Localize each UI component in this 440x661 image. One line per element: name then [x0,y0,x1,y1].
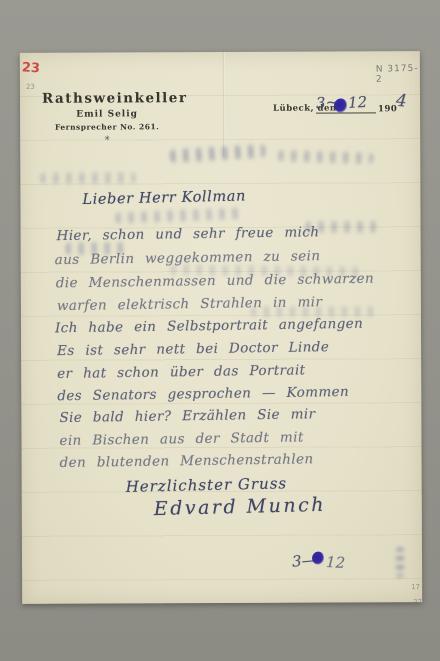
bottom-scribble-right: 12 [326,553,346,572]
letterhead: Rathsweinkeller Emil Selig Fernsprecher … [42,90,172,146]
signature: Edvard Munch [154,494,327,520]
closing: Herzlichster Gruss [126,474,288,496]
ink-smudge [40,172,135,183]
fold-crease [223,52,225,157]
ink-smudge [396,547,404,577]
body-line: er hat schon über das Portrait [57,362,305,382]
letter-sheet: 23 23 N 3175-2 Rathsweinkeller Emil Seli… [20,51,422,604]
body-line: den blutenden Menschenstrahlen [59,451,313,471]
body-line: Sie bald hier? Erzählen Sie mir [59,406,315,426]
letterhead-telephone: Fernsprecher No. 261. [42,122,172,132]
ink-smudge [115,208,245,224]
archive-red-number: 23 [21,60,40,76]
handwritten-month: 12 [348,93,368,112]
dateline-rule [316,112,376,113]
handwritten-year-digit: 4 [395,91,408,112]
archive-faint-number: 23 [26,83,35,91]
bottom-pencil-mark: 27 [413,598,422,606]
ink-smudge [278,150,373,164]
ink-smudge [170,144,266,162]
photo-of-letter: 23 23 N 3175-2 Rathsweinkeller Emil Seli… [0,0,440,661]
letterhead-proprietor: Emil Selig [42,109,172,120]
body-line: Ich habe ein Selbstportrait angefangen [55,316,363,337]
letterhead-business-name: Rathsweinkeller [42,90,172,107]
ink-blot-date [334,98,347,112]
body-line: des Senators gesprochen — Kommen [57,384,349,404]
body-line: Hier, schon und sehr freue mich [56,224,319,244]
body-line: die Menschenmassen und die schwarzen [56,271,374,292]
ink-blot-bottom [312,552,324,565]
body-line: ein Bischen aus der Stadt mit [59,429,303,449]
letterhead-ornament-icon: ✳ [42,134,172,143]
body-line: Es ist sehr nett bei Doctor Linde [57,339,329,359]
salutation: Lieber Herr Kollman [82,188,246,208]
bottom-pencil-mark: 17 [411,583,420,591]
catalog-number: N 3175-2 [376,64,420,85]
